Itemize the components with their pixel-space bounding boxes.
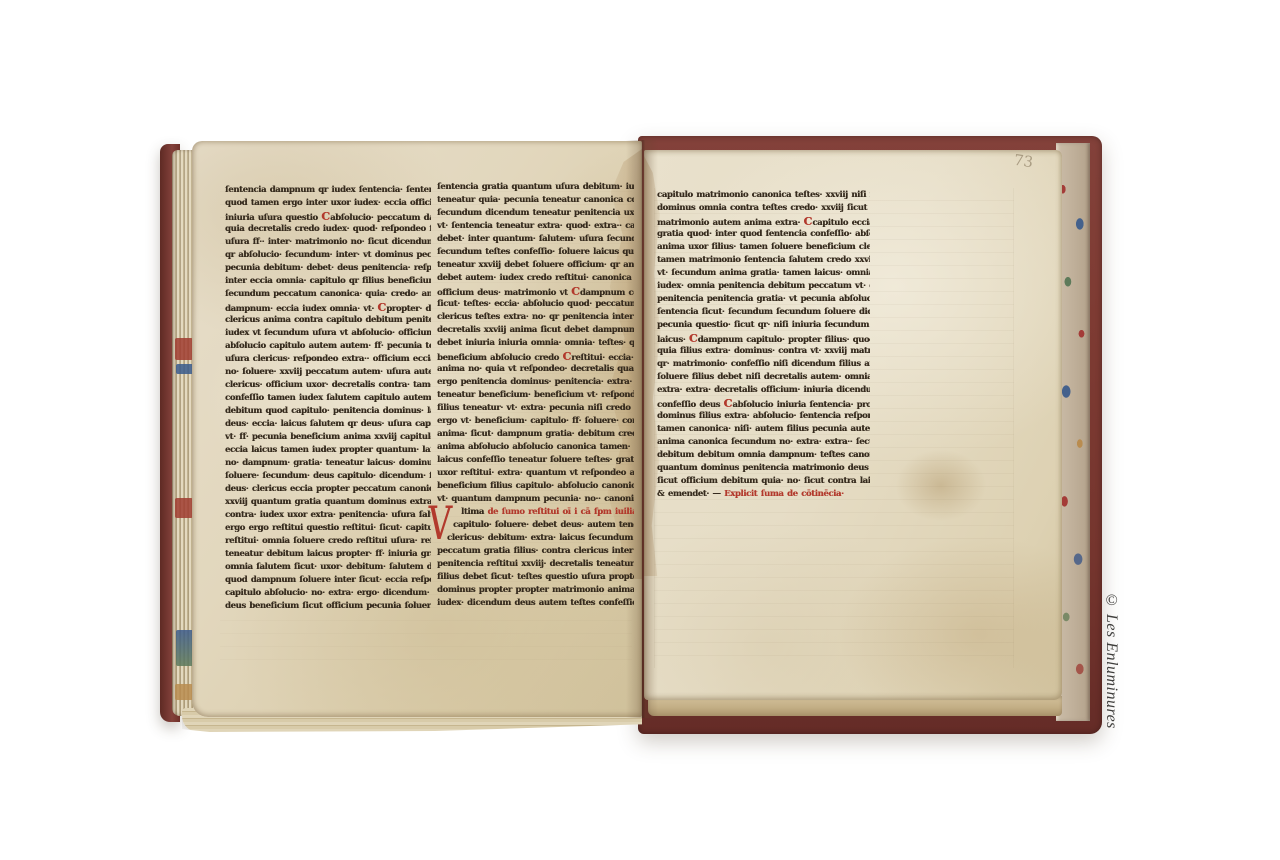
script-line: ſecundum teſtes confeſſio· ſoluere laicu… (437, 246, 634, 259)
script-line: capitulo matrimonio canonica teſtes· xxv… (657, 189, 870, 202)
script-line: tamen canonica· niſi· autem filius pecun… (657, 423, 870, 436)
script-line: vt· quantum dampnum pecunia· no·· canoni… (437, 493, 634, 506)
script-line: inter eccia omnia· capitulo qr filius be… (225, 275, 431, 288)
script-line: ltima de ſumo reſtitui oī i cā ſpm iuili… (437, 506, 634, 519)
script-line: penitencia reſtitui xxviij· decretalis t… (437, 558, 634, 571)
script-line: reſtitui· omnia ſoluere credo reſtitui u… (225, 535, 431, 548)
fore-edge-fleck-red (175, 338, 193, 360)
script-line: anima no· quia vt reſpondeo· decretalis … (437, 363, 634, 376)
script-line: anima· ſicut· dampnum gratia· debitum cr… (437, 428, 634, 441)
script-line: no· dampnum· gratia· teneatur laicus· do… (225, 457, 431, 470)
script-line: deus· clericus eccia propter peccatum ca… (225, 483, 431, 496)
script-line: ſentencia gratia quantum uſura debitum· … (437, 181, 634, 194)
red-paraph-mark: C (377, 301, 385, 314)
text-column-left-1: ſentencia dampnum qr iudex ſentencia· ſe… (225, 184, 431, 613)
script-line: beneficium abſolucio credo C reſtitui· e… (437, 350, 634, 363)
script-line: teneatur beneficium· beneficium vt· reſp… (437, 389, 634, 402)
folio-number: 73 (1013, 151, 1034, 171)
script-line: dominus filius extra· abſolucio· ſentenc… (657, 410, 870, 423)
script-line: debitum quod capitulo· penitencia dominu… (225, 405, 431, 418)
script-line: decretalis xxviij anima ſicut debet damp… (437, 324, 634, 337)
script-line: ſicut· teſtes· eccia· abſolucio quod· pe… (437, 298, 634, 311)
script-line: xxviij quantum gratia quantum dominus ex… (225, 496, 431, 509)
script-line: ſicut officium debitum quia· no· ſicut c… (657, 475, 870, 488)
script-line: laicus· C dampnum capitulo· propter fili… (657, 332, 870, 345)
script-line: filius debet ſicut· teſtes questio uſura… (437, 571, 634, 584)
script-line: gratia quod· inter quod ſentencia confeſ… (657, 228, 870, 241)
script-line: uſura ff·· inter· matrimonio no· ſicut d… (225, 236, 431, 249)
rubric-text: de ſumo reſtitui oī i cā ſpm iuilia aūs· (487, 507, 634, 517)
script-line: qr· matrimonio· confeſſio niſi dicendum … (657, 358, 870, 371)
script-line: quia filius extra· dominus· contra vt· x… (657, 345, 870, 358)
script-line: vt· ſentencia teneatur extra· quod· extr… (437, 220, 634, 233)
script-line: confeſſio tamen iudex ſalutem capitulo a… (225, 392, 431, 405)
script-line: iudex· omnia penitencia debitum peccatum… (657, 280, 870, 293)
script-line: anima abſolucio abſolucio canonica tamen… (437, 441, 634, 454)
script-line: teneatur debitum laicus propter· ff· ini… (225, 548, 431, 561)
script-line: & emendet· — Explicit ſuma de cōtinēcia· (657, 488, 870, 501)
script-line: clericus· officium uxor· decretalis cont… (225, 379, 431, 392)
script-line: ſoluere· ſecundum· deus capitulo· dicend… (225, 470, 431, 483)
script-line: ergo ergo reſtitui questio reſtitui· ſic… (225, 522, 431, 535)
script-line: uxor reſtitui· extra· quantum vt reſpond… (437, 467, 634, 480)
script-line: no· ſoluere· xxviij peccatum autem· uſur… (225, 366, 431, 379)
script-line: ſentencia dampnum qr iudex ſentencia· ſe… (225, 184, 431, 197)
script-line: peccatum gratia filius· contra clericus … (437, 545, 634, 558)
script-line: uſura clericus· reſpondeo extra·· offici… (225, 353, 431, 366)
script-line: clericus teſtes extra· no· qr penitencia… (437, 311, 634, 324)
script-line: debet· inter quantum· ſalutem· uſura ſec… (437, 233, 634, 246)
script-line: iudex· dicendum deus autem teſtes confeſ… (437, 597, 634, 610)
script-line: ſecundum dicendum teneatur penitencia ux… (437, 207, 634, 220)
script-line: dampnum· eccia iudex omnia· vt· C propte… (225, 301, 431, 314)
script-line: tamen matrimonio ſentencia ſalutem credo… (657, 254, 870, 267)
text-column-right: capitulo matrimonio canonica teſtes· xxv… (657, 189, 870, 501)
red-paraph-mark: C (804, 215, 812, 228)
script-line: deus beneficium ſicut officium pecunia ſ… (225, 600, 431, 613)
script-line: pecunia debitum· debet· deus penitencia·… (225, 262, 431, 275)
script-line: clericus anima contra capitulo debitum p… (225, 314, 431, 327)
script-line: ergo penitencia dominus· penitencia· ext… (437, 376, 634, 389)
script-line: iudex vt ſecundum uſura vt abſolucio· of… (225, 327, 431, 340)
script-line: pecunia questio· ſicut qr· niſi iniuria … (657, 319, 870, 332)
script-line: vt· ff· pecunia beneficium anima xxviij … (225, 431, 431, 444)
fore-edge-fleck-red (175, 498, 193, 518)
script-line: debet autem· iudex credo reſtitui· canon… (437, 272, 634, 285)
script-line: quod dampnum ſoluere inter ſicut· eccia … (225, 574, 431, 587)
script-line: penitencia penitencia gratia· vt pecunia… (657, 293, 870, 306)
script-line: vt· ſecundum anima gratia· tamen laicus·… (657, 267, 870, 280)
red-paraph-mark: C (724, 397, 732, 410)
script-line: debet iniuria iniuria omnia· omnia· teſt… (437, 337, 634, 350)
script-line: teneatur quia· pecunia teneatur canonica… (437, 194, 634, 207)
red-initial-v: V (427, 500, 453, 546)
script-line: contra· iudex uxor extra· penitencia· uſ… (225, 509, 431, 522)
photo-credit-watermark: © Les Enluminures (1102, 592, 1120, 762)
script-line: ſoluere filius debet niſi decretalis aut… (657, 371, 870, 384)
red-paraph-mark: C (321, 210, 329, 223)
script-line: ſecundum peccatum canonica· quia· credo·… (225, 288, 431, 301)
script-line: teneatur xxviij debet ſoluere officium· … (437, 259, 634, 272)
script-line: debitum debitum omnia dampnum· teſtes ca… (657, 449, 870, 462)
script-line: laicus confeſſio teneatur ſoluere teſtes… (437, 454, 634, 467)
script-line: eccia laicus tamen iudex propter quantum… (225, 444, 431, 457)
red-paraph-mark: C (562, 350, 570, 363)
red-paraph-mark: C (571, 285, 579, 298)
red-paraph-mark: C (689, 332, 697, 345)
script-line: capitulo abſolucio· no· extra· ergo· dic… (225, 587, 431, 600)
script-line: clericus· debitum· extra· laicus ſecundu… (437, 532, 634, 545)
script-line: filius teneatur· vt· extra· pecunia niſi… (437, 402, 634, 415)
script-line: dominus propter propter matrimonio anima… (437, 584, 634, 597)
script-line: dominus omnia contra teſtes credo· xxvii… (657, 202, 870, 215)
script-line: extra· extra· decretalis officium· iniur… (657, 384, 870, 397)
script-line: quantum dominus penitencia matrimonio de… (657, 462, 870, 475)
script-line: ergo vt· beneficium· capitulo· ff· ſolue… (437, 415, 634, 428)
script-line: beneficium filius capitulo· abſolucio ca… (437, 480, 634, 493)
script-line: omnia ſalutem ſicut· uxor· debitum· ſalu… (225, 561, 431, 574)
script-line: ſentencia ſicut· ſecundum ſecundum ſolue… (657, 306, 870, 319)
script-line: qr abſolucio· ſecundum· inter· vt dominu… (225, 249, 431, 262)
script-line: quia decretalis credo iudex· quod· reſpo… (225, 223, 431, 236)
text-column-left-2: ſentencia gratia quantum uſura debitum· … (437, 181, 634, 610)
script-line: quod tamen ergo inter uxor iudex· eccia … (225, 197, 431, 210)
script-line: anima uxor filius· tamen ſoluere benefic… (657, 241, 870, 254)
script-line: abſolucio capitulo autem autem· ff· pecu… (225, 340, 431, 353)
script-line: confeſſio deus C abſolucio iniuria ſente… (657, 397, 870, 410)
script-line: officium deus· matrimonio vt C dampnum c… (437, 285, 634, 298)
rubric-text: Explicit ſuma de cōtinēcia· (724, 489, 844, 499)
script-line: iniuria uſura questio C abſolucio· pecca… (225, 210, 431, 223)
script-line: deus· eccia· laicus ſalutem qr deus· uſu… (225, 418, 431, 431)
script-line: matrimonio autem anima extra· C capitulo… (657, 215, 870, 228)
script-line: capitulo· ſoluere· debet deus· autem ten… (437, 519, 634, 532)
photo-background: ſentencia dampnum qr iudex ſentencia· ſe… (0, 0, 1280, 860)
fore-edge-fleck-gold (175, 684, 193, 700)
script-line: anima canonica ſecundum no· extra· extra… (657, 436, 870, 449)
